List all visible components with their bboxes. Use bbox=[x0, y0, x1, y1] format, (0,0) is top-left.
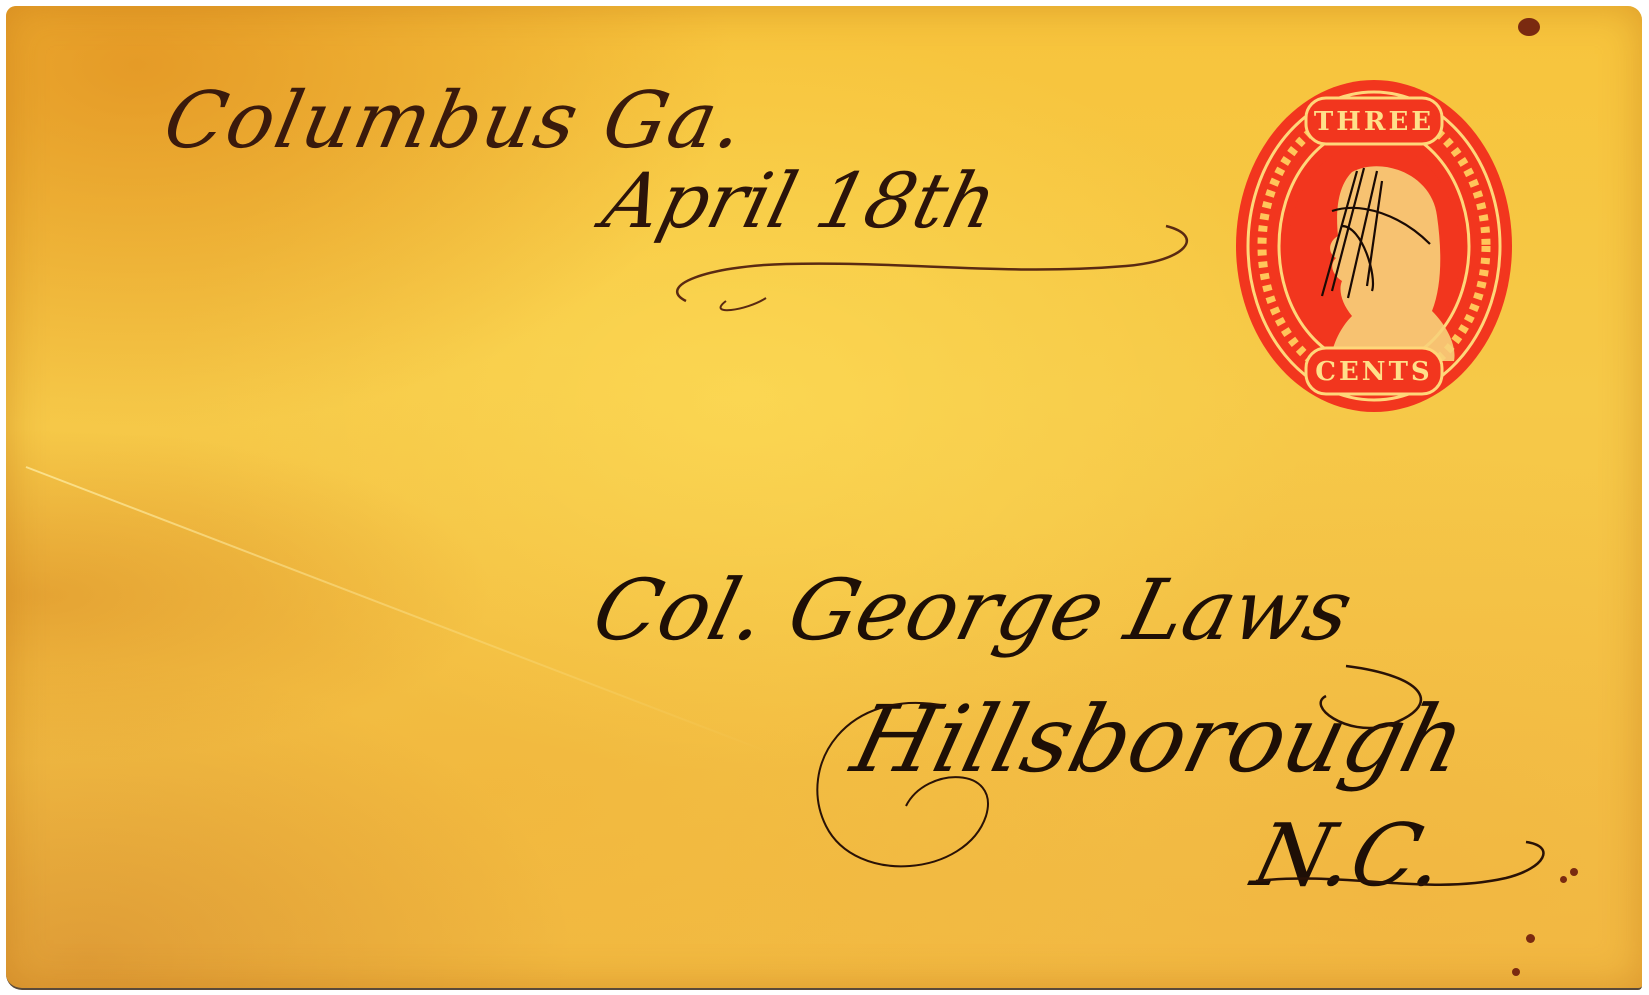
address-city: Hillsborough bbox=[843, 686, 1476, 793]
stamp-top-label: THREE bbox=[1314, 107, 1434, 137]
ink-spot bbox=[1560, 876, 1567, 883]
three-cents-stamp: THREE CENTS bbox=[1232, 76, 1516, 416]
origin-date-text: April 18th bbox=[595, 156, 1006, 245]
addressee-name: Col. George Laws bbox=[584, 561, 1362, 659]
ink-spot bbox=[1512, 968, 1520, 976]
ink-spot bbox=[1518, 18, 1540, 36]
origin-city-text: Columbus Ga. bbox=[156, 76, 754, 166]
ink-spot bbox=[1526, 934, 1535, 943]
address-state: N.C. bbox=[1244, 806, 1456, 906]
ink-spot bbox=[1570, 868, 1578, 876]
stamp-bottom-label: CENTS bbox=[1315, 357, 1432, 387]
envelope-scan: Columbus Ga. April 18th THREE CENTS bbox=[0, 0, 1649, 995]
envelope: Columbus Ga. April 18th THREE CENTS bbox=[6, 6, 1642, 990]
